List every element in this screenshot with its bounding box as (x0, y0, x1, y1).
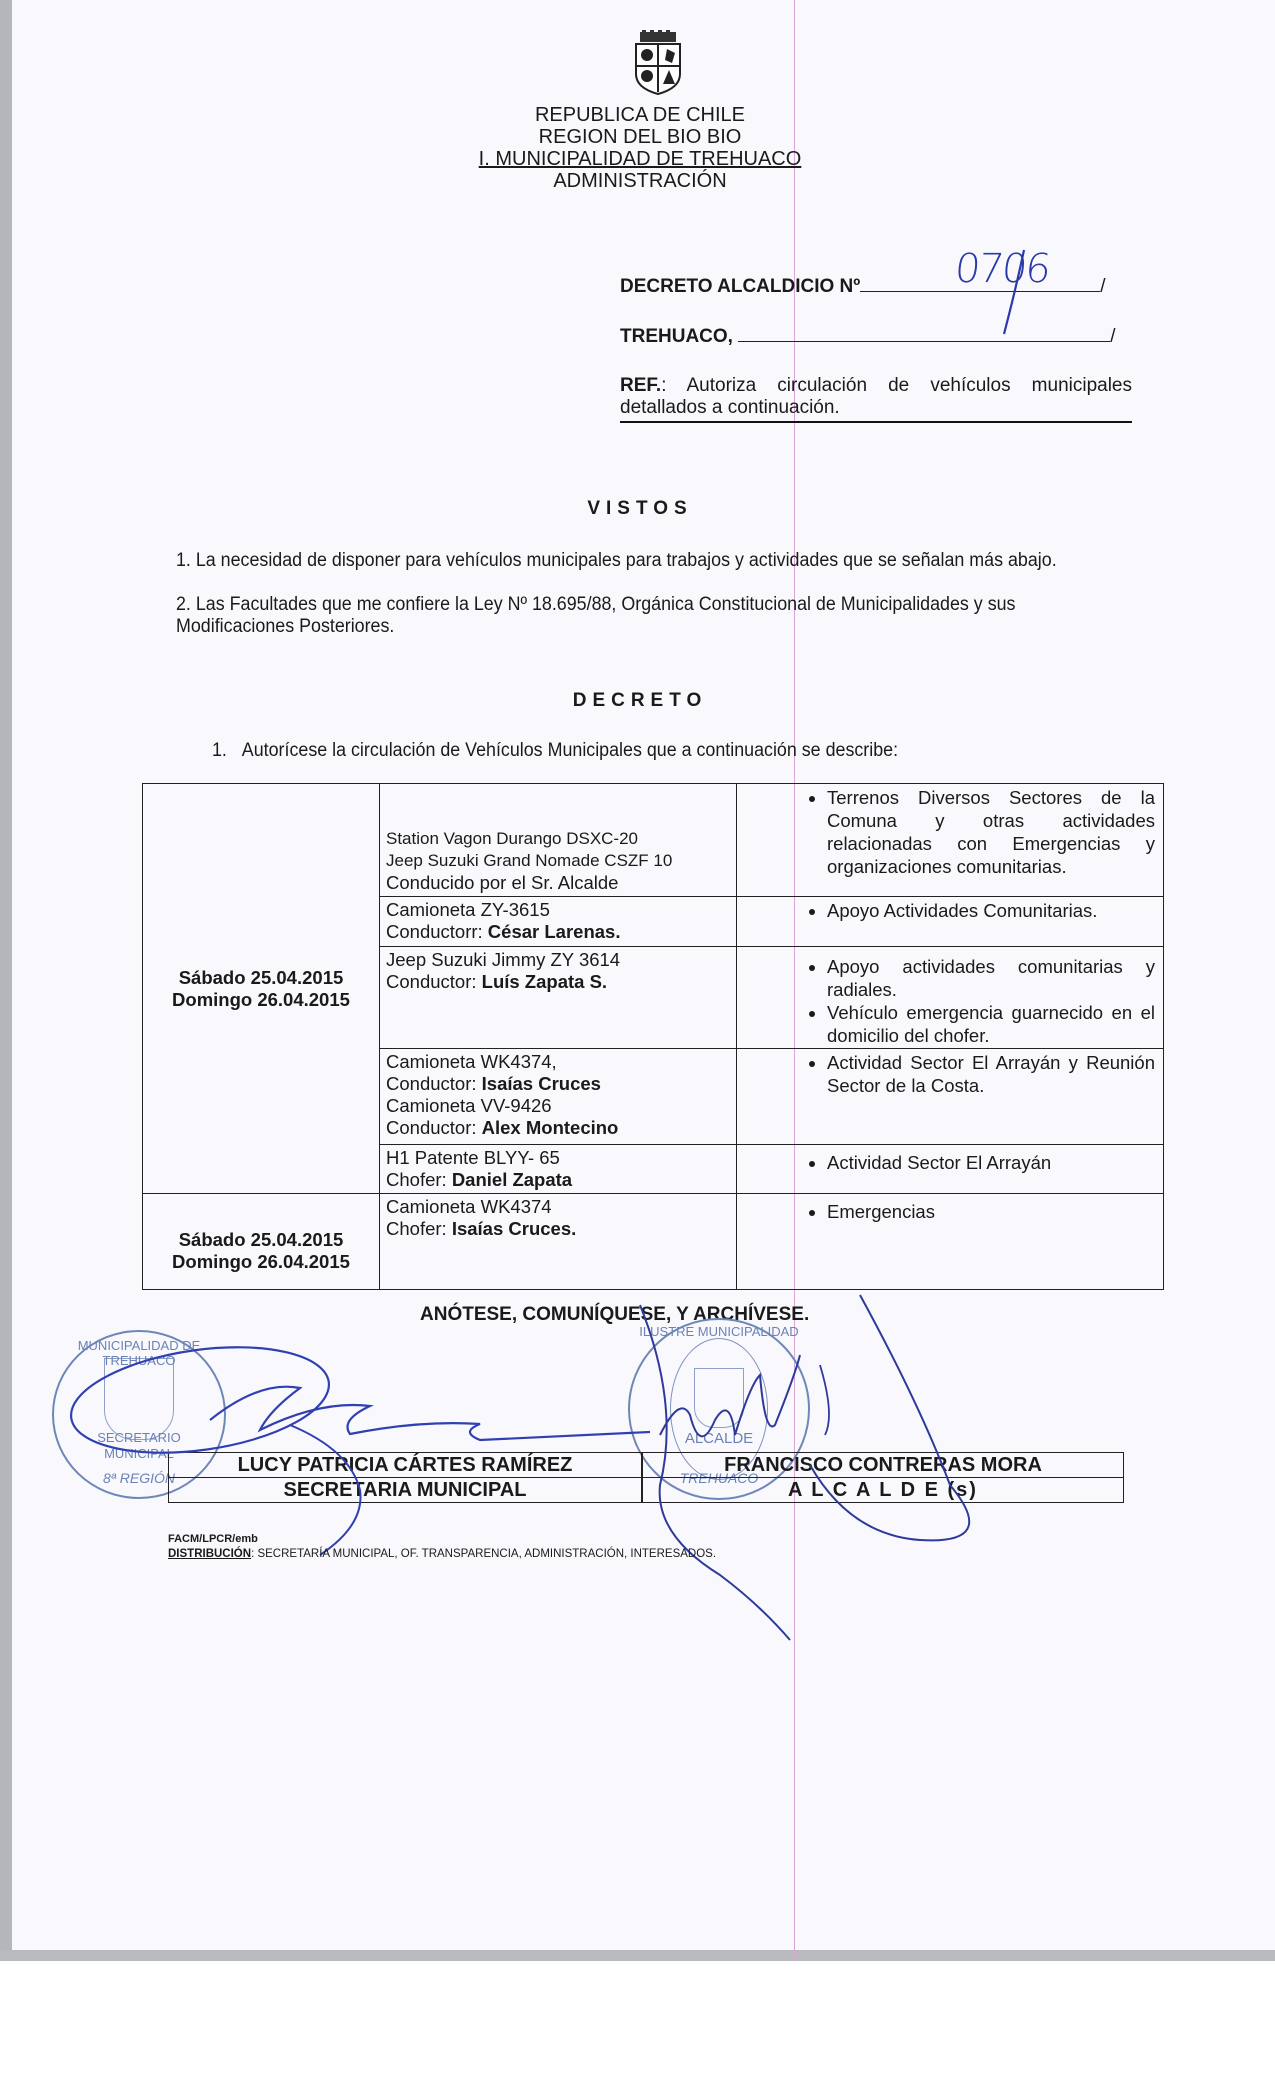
stamp-text-top: ILUSTRE MUNICIPALIDAD (630, 1324, 808, 1339)
letterhead: REPUBLICA DE CHILE REGION DEL BIO BIO I.… (420, 104, 860, 192)
driver-name: Alex Montecino (482, 1117, 619, 1138)
date-line (738, 327, 1110, 342)
activity-item: Actividad Sector El Arrayán (827, 1151, 1155, 1174)
decree-number-label: DECRETO ALCALDICIO Nº (620, 276, 860, 297)
vehicle-line: Station Vagon Durango DSXC-20 (386, 828, 730, 850)
footer-distribution: DISTRIBUCIÓN: SECRETARÍA MUNICIPAL, OF. … (168, 1548, 716, 1560)
header-country: REPUBLICA DE CHILE (420, 104, 860, 126)
vehicle-cell: Camioneta ZY-3615 Conductorr: César Lare… (380, 897, 737, 947)
activity-cell: Apoyo Actividades Comunitarias. (737, 897, 1164, 947)
decreto-title: DECRETO (420, 690, 860, 712)
item-number: 1. (212, 740, 227, 761)
driver-name: César Larenas. (488, 921, 621, 942)
driver-name: Isaías Cruces. (452, 1218, 576, 1239)
vehicle-name: Camioneta WK4374, (386, 1051, 730, 1073)
activity-cell: Terrenos Diversos Sectores de la Comuna … (737, 784, 1164, 897)
decreto-item-1: 1. Autorícese la circulación de Vehículo… (212, 740, 898, 762)
stamp-crest-icon (104, 1358, 174, 1440)
date-saturday: Sábado 25.04.2015 (143, 967, 379, 989)
secretary-title: SECRETARIA MUNICIPAL (169, 1478, 642, 1503)
activity-cell: Emergencias (737, 1194, 1164, 1290)
footer-initials: FACM/LPCR/emb (168, 1533, 258, 1545)
vehicle-cell: Camioneta WK4374, Conductor: Isaías Cruc… (380, 1049, 737, 1145)
vehicle-cell: Station Vagon Durango DSXC-20 Jeep Suzuk… (380, 784, 737, 897)
activity-item: Terrenos Diversos Sectores de la Comuna … (827, 786, 1155, 878)
activity-item: Emergencias (827, 1200, 1155, 1223)
table-row: Sábado 25.04.2015 Domingo 26.04.2015 Cam… (143, 1194, 1164, 1290)
driver-name: Isaías Cruces (482, 1073, 601, 1094)
municipal-crest-icon (630, 30, 686, 96)
stamp-text-middle: SECRETARIO (54, 1430, 224, 1445)
vehicle-name: Camioneta VV-9426 (386, 1095, 730, 1117)
place-label: TREHUACO, (620, 326, 733, 347)
vehicle-name: H1 Patente BLYY- 65 (386, 1147, 730, 1169)
vehicle-line: Conducido por el Sr. Alcalde (386, 872, 730, 894)
vehicle-name: Camioneta ZY-3615 (386, 899, 730, 921)
driver-label: Conductor: (386, 971, 477, 992)
vehicle-cell: H1 Patente BLYY- 65 Chofer: Daniel Zapat… (380, 1145, 737, 1194)
date-sunday: Domingo 26.04.2015 (143, 1251, 379, 1273)
item-text: Autorícese la circulación de Vehículos M… (242, 740, 898, 761)
driver-label: Conductor: (386, 1117, 477, 1138)
ref-label: REF. (620, 375, 661, 396)
visto-item-2: 2. Las Facultades que me confiere la Ley… (176, 594, 1078, 638)
vehicle-name: Camioneta WK4374 (386, 1196, 730, 1218)
scan-edge-left (0, 0, 12, 1960)
activity-item: Vehículo emergencia guarnecido en el dom… (827, 1001, 1155, 1047)
activity-item: Actividad Sector El Arrayán y Reunión Se… (827, 1051, 1155, 1097)
distribution-text: : SECRETARÍA MUNICIPAL, OF. TRANSPARENCI… (251, 1548, 716, 1560)
date-cell-group-2: Sábado 25.04.2015 Domingo 26.04.2015 (143, 1194, 380, 1290)
mayor-signature-box: FRANCISCO CONTRERAS MORA A L C A L D E (… (642, 1452, 1124, 1503)
visto-item-1: 1. La necesidad de disponer para vehícul… (176, 550, 1078, 572)
vehicle-name: Jeep Suzuki Jimmy ZY 3614 (386, 949, 730, 971)
decree-header-block: DECRETO ALCALDICIO Nº/ 0706 TREHUACO, / … (620, 270, 1132, 430)
header-region: REGION DEL BIO BIO (420, 126, 860, 148)
mayor-title: A L C A L D E (s) (643, 1478, 1124, 1503)
vehicle-line: Jeep Suzuki Grand Nomade CSZF 10 (386, 850, 730, 872)
distribution-label: DISTRIBUCIÓN (168, 1548, 251, 1560)
date-cell-group-1: Sábado 25.04.2015 Domingo 26.04.2015 (143, 784, 380, 1194)
table-row: Sábado 25.04.2015 Domingo 26.04.2015 Sta… (143, 784, 1164, 897)
date-saturday: Sábado 25.04.2015 (143, 1229, 379, 1251)
activity-cell: Apoyo actividades comunitarias y radiale… (737, 947, 1164, 1049)
secretary-signature-box: LUCY PATRICIA CÁRTES RAMÍREZ SECRETARIA … (168, 1452, 642, 1503)
activity-item: Apoyo actividades comunitarias y radiale… (827, 955, 1155, 1001)
vehicle-cell: Jeep Suzuki Jimmy ZY 3614 Conductor: Luí… (380, 947, 737, 1049)
stamp-crest-icon (694, 1368, 744, 1428)
stamp-text-middle: ALCALDE (630, 1430, 808, 1447)
closing-formula: ANÓTESE, COMUNÍQUESE, Y ARCHÍVESE. (420, 1304, 809, 1326)
header-municipality: I. MUNICIPALIDAD DE TREHUACO (420, 148, 860, 170)
activity-cell: Actividad Sector El Arrayán (737, 1145, 1164, 1194)
vehicles-table: Sábado 25.04.2015 Domingo 26.04.2015 Sta… (142, 783, 1164, 1290)
stamp-text-top: MUNICIPALIDAD DE TREHUACO (54, 1338, 224, 1368)
driver-name: Luís Zapata S. (482, 971, 607, 992)
vehicle-cell: Camioneta WK4374 Chofer: Isaías Cruces. (380, 1194, 737, 1290)
activity-cell: Actividad Sector El Arrayán y Reunión Se… (737, 1049, 1164, 1145)
reference-text: REF.: Autoriza circulación de vehículos … (620, 375, 1132, 423)
header-department: ADMINISTRACIÓN (420, 170, 860, 192)
vistos-title: VISTOS (420, 498, 860, 520)
driver-label: Chofer: (386, 1169, 447, 1190)
driver-label: Conductorr: (386, 921, 483, 942)
date-sunday: Domingo 26.04.2015 (143, 989, 379, 1011)
driver-label: Conductor: (386, 1073, 477, 1094)
ref-body: : Autoriza circulación de vehículos muni… (620, 375, 1132, 418)
decree-number-handwritten: 0706 (953, 246, 1052, 292)
activity-item: Apoyo Actividades Comunitarias. (827, 899, 1155, 922)
mayor-name: FRANCISCO CONTRERAS MORA (643, 1453, 1124, 1478)
driver-label: Chofer: (386, 1218, 447, 1239)
scan-edge-bottom (0, 1950, 1275, 1961)
secretary-name: LUCY PATRICIA CÁRTES RAMÍREZ (169, 1453, 642, 1478)
driver-name: Daniel Zapata (452, 1169, 572, 1190)
